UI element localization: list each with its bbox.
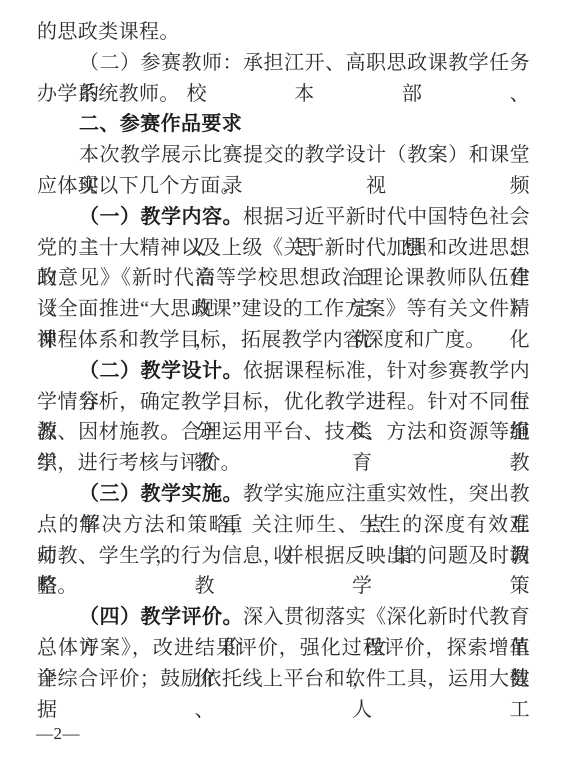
text-line: 点的解决方法和策略，关注师生、生生的深度有效互动，收集教: [37, 510, 530, 541]
bold-lead-in: （三）教学实施。: [79, 483, 243, 505]
bold-lead-in: （四）教学评价。: [79, 606, 243, 628]
text-line: （一）教学内容。根据习近平新时代中国特色社会主义思想、: [37, 202, 530, 233]
text-line: 的思政类课程。: [37, 17, 530, 48]
text-line: 课程体系和教学目标，拓展教学内容深度和广度。: [37, 325, 530, 356]
text-line: （四）教学评价。深入贯彻落实《深化新时代教育评价改革: [37, 602, 530, 633]
body-text: 全综合评价；鼓励依托线上平台和软件工具，运用大数据、人工: [37, 668, 530, 721]
page-number: —2—: [36, 724, 80, 744]
text-line: 本次教学展示比赛提交的教学设计（教案）和课堂实录视频: [37, 140, 530, 171]
bold-lead-in: （一）教学内容。: [79, 206, 243, 228]
body-text: 学，进行考核与评价。: [37, 452, 241, 474]
text-line: 总体方案》，改进结果评价，强化过程评价，探索增值评价，健: [37, 633, 530, 664]
text-line: 的意见》《新时代高等学校思想政治理论课教师队伍建设规定》: [37, 263, 530, 294]
text-line: 全综合评价；鼓励依托线上平台和软件工具，运用大数据、人工: [37, 664, 530, 695]
bold-lead-in: 二、参赛作品要求: [79, 113, 242, 135]
scanned-document-page: 的思政类课程。（二）参赛教师：承担江开、高职思政课教学任务的校本部、办学系统教师…: [0, 0, 563, 768]
body-text: 办学系统教师。: [37, 83, 180, 105]
body-text: 的思政类课程。: [37, 21, 180, 43]
body-text: 课程体系和教学目标，拓展教学内容深度和广度。: [37, 329, 486, 351]
bold-lead-in: （二）教学设计。: [79, 360, 243, 382]
text-line: 师教、学生学的行为信息，并根据反映出的问题及时调整教学策: [37, 541, 530, 572]
text-line: （三）教学实施。教学实施应注重实效性，突出教学重点难: [37, 479, 530, 510]
section-heading: 二、参赛作品要求: [37, 109, 530, 140]
text-line: 《全面推进“大思政课”建设的工作方案》等有关文件精神，优化: [37, 294, 530, 325]
text-line: （二）教学设计。依据课程标准，针对参赛教学内容，进行: [37, 356, 530, 387]
text-line: 教、因材施教。合理运用平台、技术、方法和资源等组织教育教: [37, 417, 530, 448]
text-line: 党的二十大精神以及上级《关于新时代加强和改进思想政治工作: [37, 233, 530, 264]
body-text: 略。: [37, 575, 78, 597]
text-line: （二）参赛教师：承担江开、高职思政课教学任务的校本部、: [37, 48, 530, 79]
document-text-body: 的思政类课程。（二）参赛教师：承担江开、高职思政课教学任务的校本部、办学系统教师…: [37, 17, 530, 695]
body-text: 应体现以下几个方面。: [37, 175, 241, 197]
text-line: 学情分析，确定教学目标，优化教学过程。针对不同生源分类施: [37, 387, 530, 418]
body-text: 师教、学生学的行为信息，并根据反映出的问题及时调整教学策: [37, 545, 530, 598]
